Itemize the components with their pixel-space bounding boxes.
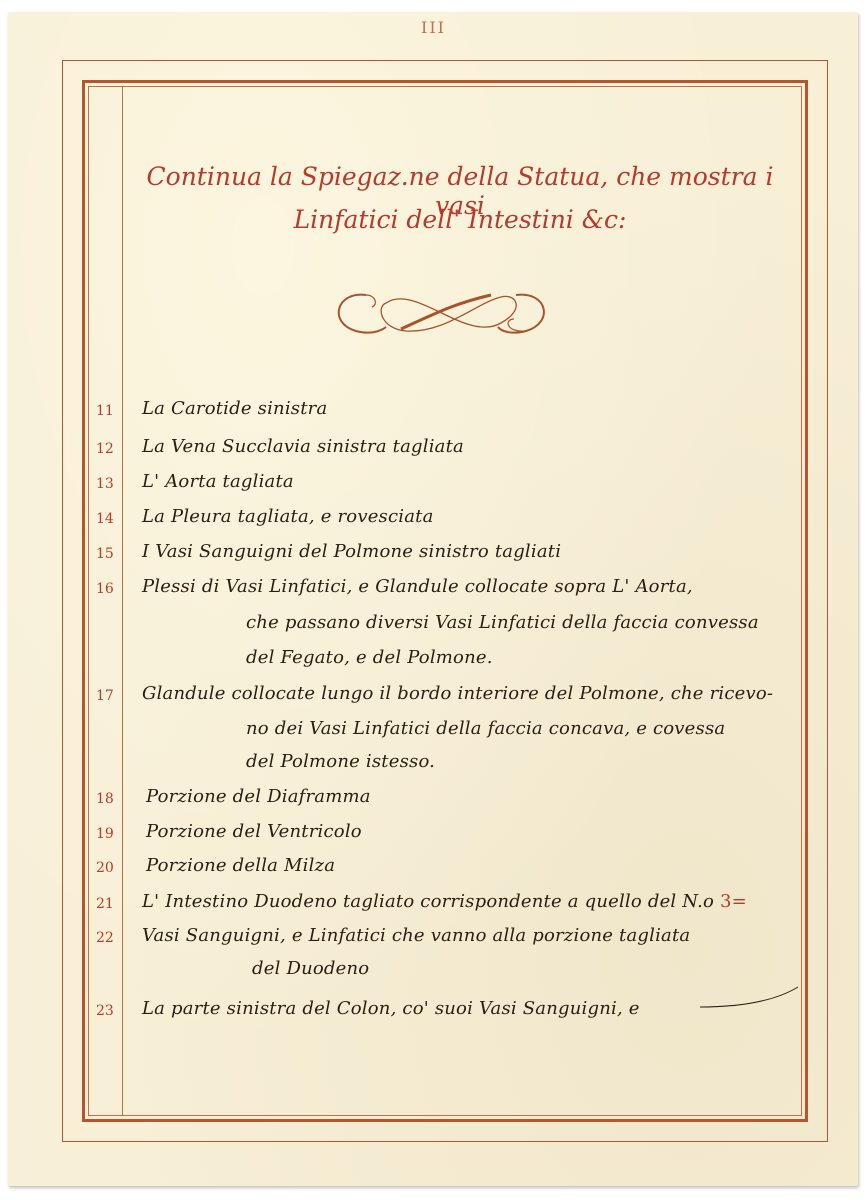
entry-text: Glandule collocate lungo il bordo interi…: [142, 683, 773, 704]
entry-number: 22: [96, 930, 118, 946]
entry-text: La Pleura tagliata, e rovesciata: [142, 506, 434, 527]
entry-text: La Carotide sinistra: [142, 398, 327, 419]
entry-text: L' Aorta tagliata: [142, 471, 294, 492]
entry-number: 21: [96, 896, 118, 912]
entry-number: 12: [96, 441, 118, 457]
entry-text-main: L' Intestino Duodeno tagliato corrispond…: [142, 891, 714, 912]
entry-text: Plessi di Vasi Linfatici, e Glandule col…: [142, 576, 693, 597]
entry-number: 11: [96, 403, 118, 419]
cross-reference-number: 3: [720, 891, 732, 912]
entry-text: L' Intestino Duodeno tagliato corrispond…: [142, 891, 747, 912]
entry-text: Porzione del Diaframma: [146, 786, 371, 807]
entry-text: I Vasi Sanguigni del Polmone sinistro ta…: [142, 541, 561, 562]
entry-text-continuation: no dei Vasi Linfatici della faccia conca…: [246, 718, 725, 739]
line-filler-stroke-icon: [700, 985, 800, 1015]
flourish-ornament-icon: [326, 283, 556, 343]
entry-text-continuation: del Polmone istesso.: [246, 751, 435, 772]
entry-number: 23: [96, 1003, 118, 1019]
entry-text-continuation: che passano diversi Vasi Linfatici della…: [246, 612, 759, 633]
entry-text: La Vena Succlavia sinistra tagliata: [142, 436, 464, 457]
entry-number: 19: [96, 826, 118, 842]
entry-text: Porzione del Ventricolo: [146, 821, 362, 842]
margin-rule: [122, 87, 123, 1115]
entry-text-continuation: del Duodeno: [252, 958, 369, 979]
entry-text: Vasi Sanguigni, e Linfatici che vanno al…: [142, 925, 690, 946]
entry-number: 20: [96, 860, 118, 876]
page-number: III: [0, 18, 867, 37]
entry-number: 13: [96, 476, 118, 492]
entry-text: La parte sinistra del Colon, co' suoi Va…: [142, 998, 640, 1019]
inner-frame-border: [88, 86, 802, 1116]
entry-number: 18: [96, 791, 118, 807]
entry-number: 15: [96, 546, 118, 562]
entry-number: 16: [96, 581, 118, 597]
heading-line-2: Linfatici dell' Intestini &c:: [120, 205, 800, 234]
dash-mark: =: [732, 891, 747, 912]
entry-text: Porzione della Milza: [146, 855, 335, 876]
entry-number: 14: [96, 511, 118, 527]
entry-number: 17: [96, 688, 118, 704]
entry-text-continuation: del Fegato, e del Polmone.: [246, 647, 493, 668]
